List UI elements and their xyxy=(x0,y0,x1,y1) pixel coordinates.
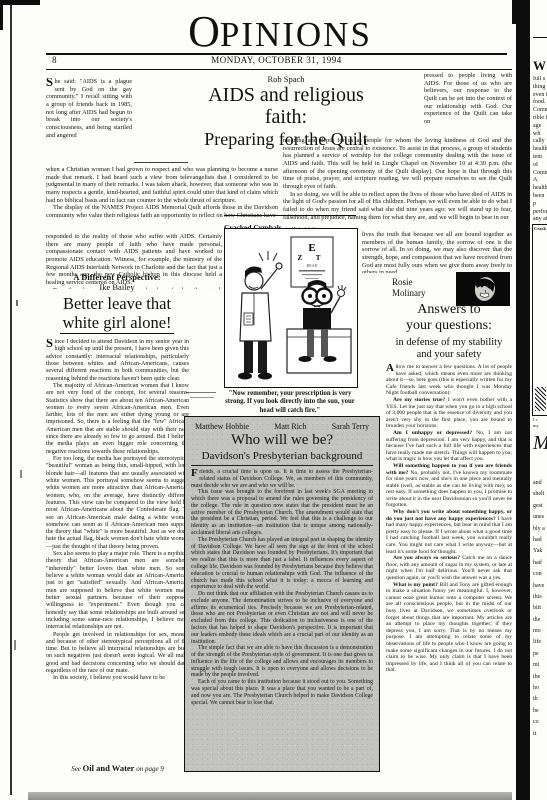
bailey-kicker: A Different Perspective: xyxy=(46,272,188,282)
eye-chart-line1: E xyxy=(308,242,315,254)
bailey-continuation: See Oil and Water on page 9 xyxy=(46,763,189,773)
cartoon-caption: "Now remember, your prescription is very… xyxy=(220,390,360,418)
adjacent-page-fragment: W full s thing even t food. Comm rible f… xyxy=(530,0,547,800)
presbyterian-bylines: Matthew Hobbie Matt Rich Sarah Terry xyxy=(185,417,379,431)
eye-chart: E Z T READ xyxy=(291,237,333,287)
byline-terry: Sarah Terry xyxy=(332,422,369,431)
scan-edge-mark xyxy=(0,0,40,5)
page-gutter-shadow xyxy=(516,0,530,800)
adjacent-text-top: full s thing even t food. Comm rible f a… xyxy=(533,76,547,222)
scan-smudge xyxy=(186,392,216,393)
molinary-subtitle-line1: in defense of my stability xyxy=(386,337,512,349)
scan-speck xyxy=(14,640,16,650)
cartoon-panel: E Z T READ xyxy=(224,228,358,388)
film-edge-line xyxy=(10,0,12,795)
bailey-byline: Ike Bailey xyxy=(46,282,188,292)
molinary-header: Answers to your questions: in defense of… xyxy=(386,302,512,361)
scan-speck xyxy=(16,300,18,306)
molinary-body: Allow me to answer a few questions. A lo… xyxy=(386,364,512,790)
byline-hobbie: Matthew Hobbie xyxy=(195,422,249,431)
bailey-title-line1: Better leave that xyxy=(46,295,188,314)
newspaper-scan-page: OPINIONS 8 MONDAY, OCTOBER 31, 1994 She … xyxy=(0,0,547,800)
adjacent-cartoon-hatch xyxy=(535,387,546,411)
adjacent-headline-fragment: M xyxy=(533,432,547,455)
aids-col-right-end: lives the truth that because we all are … xyxy=(362,231,512,273)
bailey-title-line2: white girl alone! xyxy=(46,314,188,333)
adjacent-header-rule xyxy=(533,37,547,38)
adjacent-cartoon-label: Crack xyxy=(533,225,547,232)
masthead-rest: PINIONS xyxy=(220,15,372,54)
page-gutter-top-flare xyxy=(512,0,520,24)
presbyterian-subtitle: Davidson's Presbyterian background xyxy=(185,450,379,462)
cartoon-drawing: E Z T READ xyxy=(225,229,354,384)
adjacent-cartoon-box: Crack xyxy=(532,224,547,416)
eye-chart-line2: Z T xyxy=(298,254,327,262)
eye-chart-line3: READ xyxy=(307,263,318,268)
issue-date: MONDAY, OCTOBER 31, 1994 xyxy=(46,55,507,65)
presbyterian-body: Friends, a crucial time is upon us. It i… xyxy=(191,469,373,761)
adjacent-drop-cap: W xyxy=(533,58,546,74)
bailey-title-rule xyxy=(60,333,174,334)
molinary-title-line2: your questions: xyxy=(386,318,512,334)
aids-article-intro: She said: "AIDS is a plague sent by God … xyxy=(46,78,132,164)
column-dash-rule xyxy=(134,162,188,163)
exam-table xyxy=(287,329,351,373)
scan-smudge xyxy=(190,397,214,398)
drop-cap: F xyxy=(191,469,199,477)
molinary-headshot xyxy=(456,272,510,306)
see-word: See xyxy=(71,765,81,773)
presbyterian-article-box: Matthew Hobbie Matt Rich Sarah Terry Who… xyxy=(184,416,380,772)
motion-lines xyxy=(259,251,277,261)
bailey-body: Since I decided to attend Davidson in my… xyxy=(46,339,189,757)
doctor-figure xyxy=(238,263,282,380)
adjacent-text-bottom: and shelt gest unes bly a had Yak had co… xyxy=(533,478,547,778)
aids-title-line1: AIDS and religious faith: xyxy=(186,84,386,128)
headshot-photo xyxy=(456,272,510,306)
next-section-edge xyxy=(28,792,512,800)
molinary-subtitle-line2: and your safety xyxy=(386,349,512,361)
scan-corner-mark xyxy=(0,0,3,30)
byline-rich: Matt Rich xyxy=(274,422,306,431)
scan-speck xyxy=(20,470,22,478)
presbyterian-rule xyxy=(191,465,373,466)
adjacent-caption-fragment: I c my xyxy=(533,417,547,431)
molinary-title-line1: Answers to xyxy=(386,302,512,318)
masthead-first-letter: O xyxy=(188,7,220,56)
aids-byline: Rob Spach xyxy=(186,74,386,84)
bailey-header: A Different Perspective: Ike Bailey Bett… xyxy=(46,272,188,333)
section-masthead: OPINIONS xyxy=(100,10,460,55)
molinary-name: Rosie Molinary xyxy=(392,277,426,300)
aids-col-right-narrow: pressed to people living with AIDS. For … xyxy=(424,72,512,134)
cartoon-label-rule xyxy=(224,215,356,216)
header-rule-bottom xyxy=(46,69,512,70)
continuation-title: Oil and Water xyxy=(83,763,135,773)
see-page: on page 9 xyxy=(136,765,164,773)
presbyterian-title: Who will we be? xyxy=(185,432,379,449)
